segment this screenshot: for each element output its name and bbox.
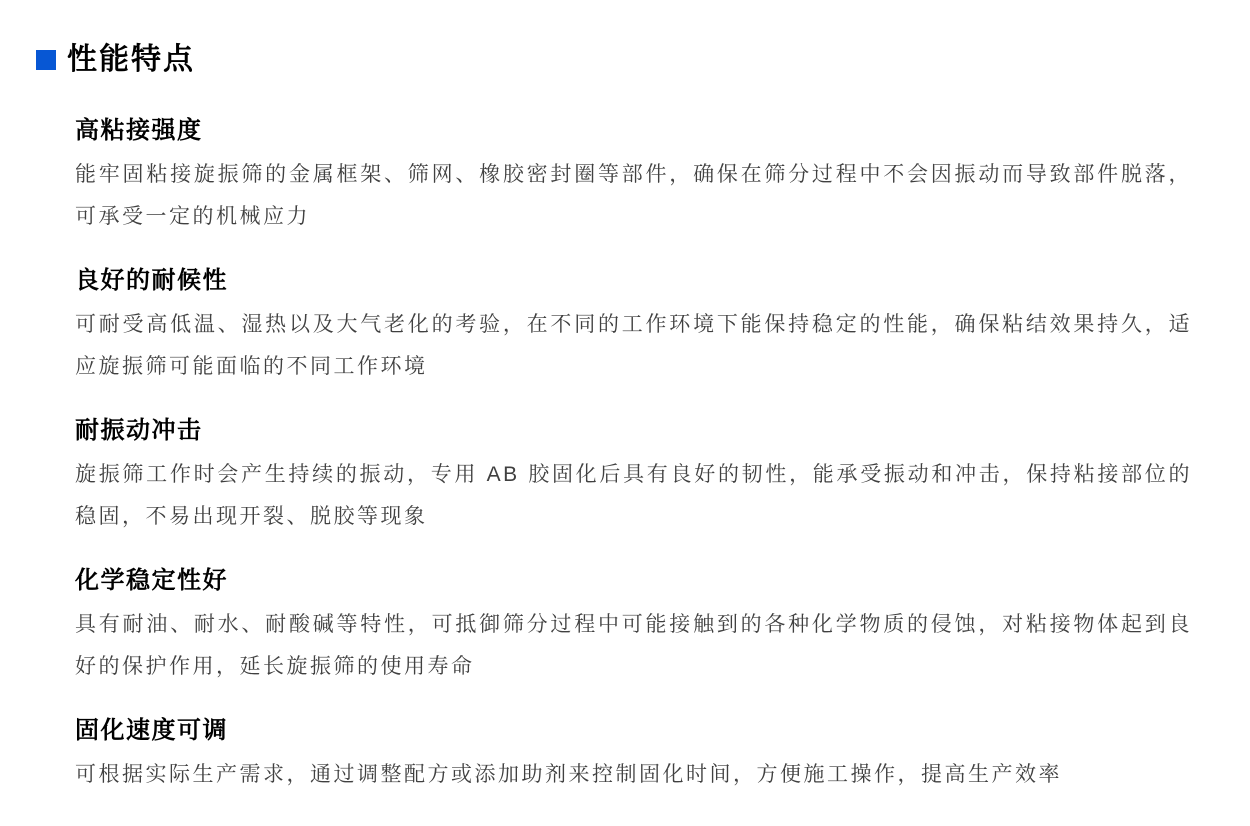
feature-section-curing-speed: 固化速度可调 可根据实际生产需求，通过调整配方或添加助剂来控制固化时间，方便施工… [75, 714, 1192, 796]
feature-heading: 高粘接强度 [75, 114, 1192, 148]
feature-body: 可根据实际生产需求，通过调整配方或添加助剂来控制固化时间，方便施工操作，提高生产… [75, 754, 1192, 796]
feature-section-vibration-impact: 耐振动冲击 旋振筛工作时会产生持续的振动，专用 AB 胶固化后具有良好的韧性，能… [75, 414, 1192, 538]
feature-body: 能牢固粘接旋振筛的金属框架、筛网、橡胶密封圈等部件，确保在筛分过程中不会因振动而… [75, 154, 1192, 238]
page-title: 性能特点 [67, 42, 195, 78]
feature-body: 旋振筛工作时会产生持续的振动，专用 AB 胶固化后具有良好的韧性，能承受振动和冲… [75, 454, 1192, 538]
feature-body: 可耐受高低温、湿热以及大气老化的考验，在不同的工作环境下能保持稳定的性能，确保粘… [75, 304, 1192, 388]
feature-section-weather-resistance: 良好的耐候性 可耐受高低温、湿热以及大气老化的考验，在不同的工作环境下能保持稳定… [75, 264, 1192, 388]
features-page: 性能特点 高粘接强度 能牢固粘接旋振筛的金属框架、筛网、橡胶密封圈等部件，确保在… [0, 0, 1250, 826]
feature-body: 具有耐油、耐水、耐酸碱等特性，可抵御筛分过程中可能接触到的各种化学物质的侵蚀，对… [75, 604, 1192, 688]
feature-heading: 固化速度可调 [75, 714, 1192, 748]
feature-section-chemical-stability: 化学稳定性好 具有耐油、耐水、耐酸碱等特性，可抵御筛分过程中可能接触到的各种化学… [75, 564, 1192, 688]
feature-heading: 化学稳定性好 [75, 564, 1192, 598]
blue-square-bullet-icon [36, 50, 56, 70]
section-title-row: 性能特点 [36, 42, 1192, 78]
feature-heading: 耐振动冲击 [75, 414, 1192, 448]
feature-sections: 高粘接强度 能牢固粘接旋振筛的金属框架、筛网、橡胶密封圈等部件，确保在筛分过程中… [36, 114, 1192, 796]
feature-heading: 良好的耐候性 [75, 264, 1192, 298]
feature-section-bond-strength: 高粘接强度 能牢固粘接旋振筛的金属框架、筛网、橡胶密封圈等部件，确保在筛分过程中… [75, 114, 1192, 238]
